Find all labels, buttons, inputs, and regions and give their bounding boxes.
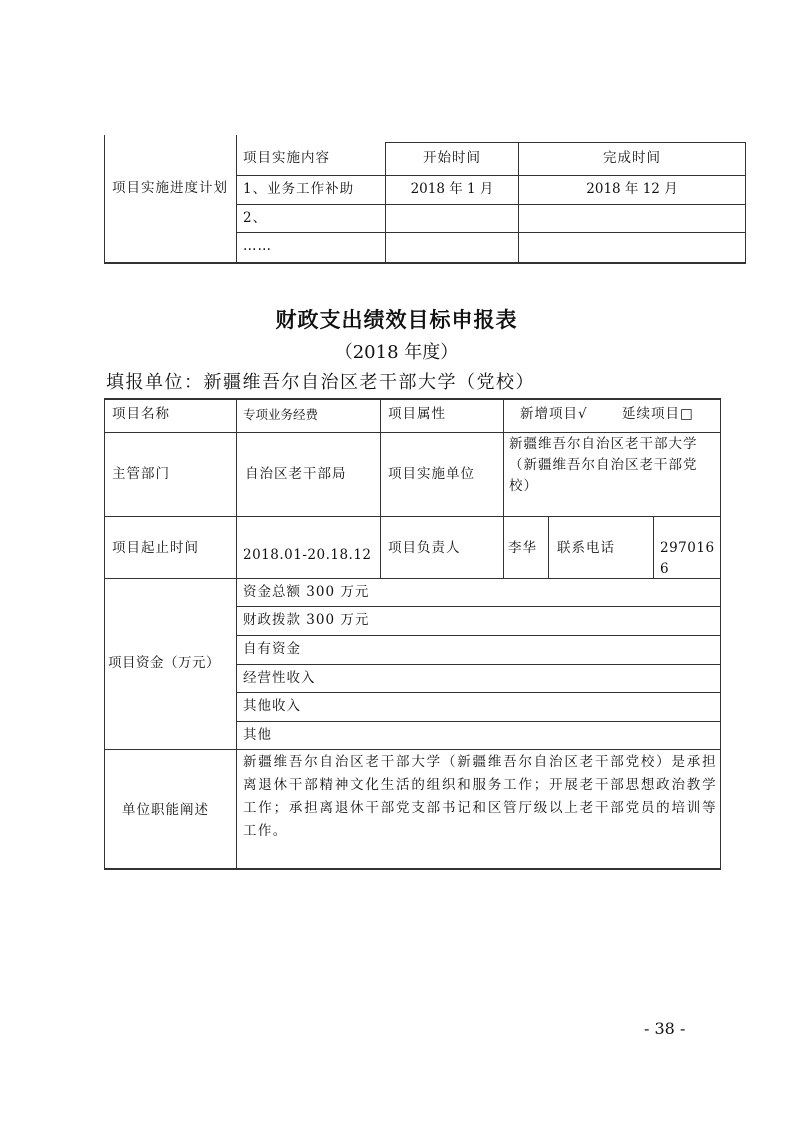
funds-label: 项目资金（万元） (108, 653, 220, 674)
table-border (104, 398, 721, 400)
table-border (104, 432, 721, 433)
project-name-label: 项目名称 (112, 404, 170, 425)
owner-value: 李华 (508, 538, 537, 559)
table-border (104, 578, 721, 579)
page-number: - 38 - (644, 1019, 685, 1038)
schedule-cell: …… (243, 236, 272, 257)
schedule-cell: 2、 (243, 208, 267, 229)
table-border (380, 398, 381, 578)
dept-label: 主管部门 (112, 464, 170, 485)
schedule-header-end: 完成时间 (519, 148, 745, 169)
funds-total: 资金总额 300 万元 (243, 582, 369, 603)
funds-other-income: 其他收入 (243, 696, 301, 717)
period-label: 项目起止时间 (112, 538, 199, 559)
schedule-cell: 1、业务工作补助 (243, 179, 354, 200)
table-border (104, 398, 105, 869)
dept-value: 自治区老干部局 (245, 464, 347, 485)
project-attr-continue-checkbox: 延续项目□ (622, 404, 694, 425)
table-border (236, 135, 237, 263)
table-border (503, 398, 504, 578)
table-border (236, 204, 746, 205)
impl-unit-label: 项目实施单位 (388, 464, 475, 485)
table-border (104, 516, 721, 517)
funds-other: 其他 (243, 725, 272, 746)
duty-label: 单位职能阐述 (122, 800, 209, 821)
reporting-unit: 填报单位：新疆维吾尔自治区老干部大学（党校） (106, 368, 535, 394)
table-border (236, 606, 721, 607)
schedule-cell: 2018 年 12 月 (519, 179, 745, 200)
funds-fiscal: 财政拨款 300 万元 (243, 610, 369, 631)
table-border (236, 635, 721, 636)
phone-label: 联系电话 (557, 538, 615, 559)
project-attr-label: 项目属性 (388, 404, 446, 425)
impl-unit-value: 新疆维吾尔自治区老干部大学（新疆维吾尔自治区老干部党校） (509, 434, 719, 497)
schedule-header-start: 开始时间 (386, 148, 518, 169)
funds-own: 自有资金 (243, 639, 301, 660)
period-value: 2018.01-20.18.12 (243, 545, 372, 566)
table-border (104, 135, 105, 263)
phone-value: 2970166 (660, 538, 716, 580)
owner-label: 项目负责人 (388, 538, 461, 559)
table-border (236, 721, 721, 722)
table-border (236, 232, 746, 233)
table-border (236, 175, 746, 176)
table-border (720, 398, 721, 869)
schedule-header-content: 项目实施内容 (243, 148, 330, 169)
schedule-cell: 2018 年 1 月 (386, 179, 518, 200)
project-attr-new-checkbox: 新增项目√ (520, 404, 588, 425)
schedule-row-label: 项目实施进度计划 (106, 178, 234, 199)
table-border (104, 868, 721, 870)
form-year: （2018 年度） (0, 338, 793, 364)
project-name-value: 专项业务经费 (243, 404, 318, 425)
table-border (236, 692, 721, 693)
table-border (745, 142, 746, 263)
table-border (653, 516, 654, 578)
table-border (104, 749, 721, 750)
table-border (236, 664, 721, 665)
table-border (385, 142, 746, 143)
duty-text: 新疆维吾尔自治区老干部大学（新疆维吾尔自治区老干部党校）是承担离退休干部精神文化… (243, 751, 717, 843)
form-title: 财政支出绩效目标申报表 (0, 304, 793, 334)
table-border (236, 398, 237, 869)
table-border (104, 262, 746, 264)
funds-operating: 经营性收入 (243, 668, 316, 689)
table-border (548, 516, 549, 578)
